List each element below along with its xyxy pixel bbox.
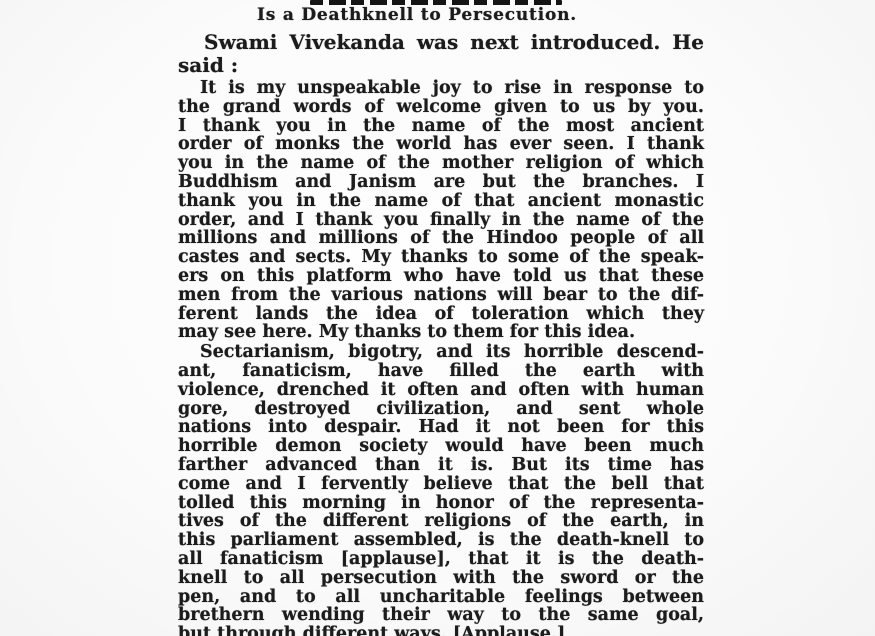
text-line: It is my unspeakable joy to rise in resp… [178, 79, 704, 98]
text-line: tives of the different religions of the … [178, 512, 704, 531]
text-line: this parliament assembled, is the death-… [178, 531, 704, 550]
text-line: tolled this morning in honor of the repr… [178, 494, 704, 513]
text-line: brethern wending their way to the same g… [178, 606, 704, 625]
article-headline: Is a Deathknell to Persecution. [178, 5, 704, 25]
text-line: nations into despair. Had it not been fo… [178, 418, 704, 437]
text-line: horrible demon society would have been m… [178, 437, 704, 456]
text-line: ant, fanaticism, have filled the earth w… [178, 362, 704, 381]
text-line: may see here. My thanks to them for this… [178, 323, 704, 342]
text-line: farther advanced than it is. But its tim… [178, 456, 704, 475]
text-line: Swami Vivekanda was next introduced. He [178, 31, 704, 54]
article-intro: Swami Vivekanda was next introduced. Hes… [178, 31, 704, 77]
text-line: order of monks the world has ever seen. … [178, 135, 704, 154]
text-line: violence, drenched it often and often wi… [178, 381, 704, 400]
text-line: pen, and to all uncharitable feelings be… [178, 588, 704, 607]
article-paragraph-1: It is my unspeakable joy to rise in resp… [178, 79, 704, 342]
text-line: knell to all persecution with the sword … [178, 569, 704, 588]
text-line: thank you in the name of that ancient mo… [178, 192, 704, 211]
text-line: Buddhism and Janism are but the branches… [178, 173, 704, 192]
text-line: castes and sects. My thanks to some of t… [178, 248, 704, 267]
text-line: ferent lands the idea of toleration whic… [178, 305, 704, 324]
article-column: Is a Deathknell to Persecution. Swami Vi… [178, 0, 704, 636]
cropped-previous-line-fragment [310, 0, 562, 5]
text-line: men from the various nations will bear t… [178, 286, 704, 305]
text-line: millions and millions of the Hindoo peop… [178, 229, 704, 248]
text-line: come and I fervently believe that the be… [178, 475, 704, 494]
text-line: said : [178, 54, 704, 77]
text-line: ers on this platform who have told us th… [178, 267, 704, 286]
article-paragraph-2: Sectarianism, bigotry, and its horrible … [178, 343, 704, 636]
text-line: all fanaticism [applause], that it is th… [178, 550, 704, 569]
text-line: the grand words of welcome given to us b… [178, 98, 704, 117]
text-line: gore, destroyed civilization, and sent w… [178, 400, 704, 419]
text-line: Sectarianism, bigotry, and its horrible … [178, 343, 704, 362]
text-line: but through different ways. [Applause.] [178, 625, 704, 636]
text-line: order, and I thank you finally in the na… [178, 211, 704, 230]
newspaper-scan-page: Is a Deathknell to Persecution. Swami Vi… [0, 0, 875, 636]
text-line: you in the name of the mother religion o… [178, 154, 704, 173]
text-line: I thank you in the name of the most anci… [178, 117, 704, 136]
